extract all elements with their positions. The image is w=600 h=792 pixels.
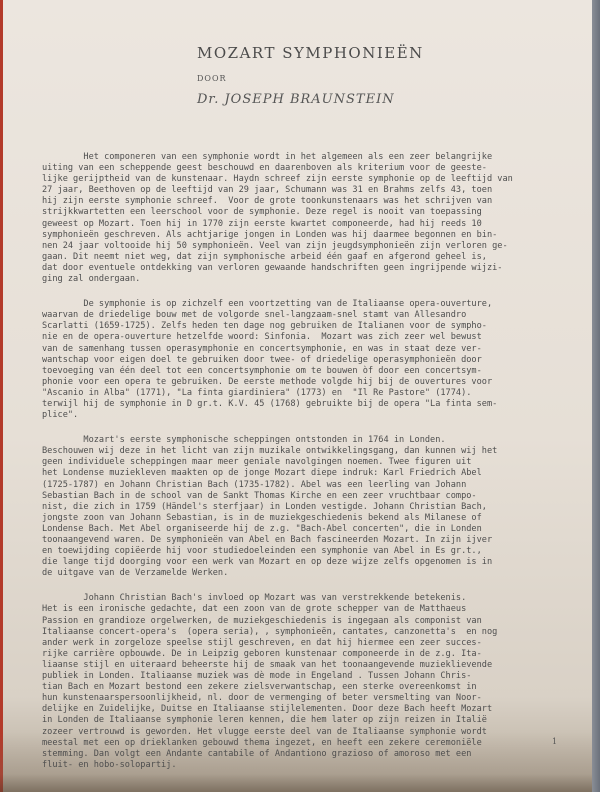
text-line: Sebastian Bach in de school van de Sankt… xyxy=(42,491,567,502)
text-line: Mozart's eerste symphonische scheppingen… xyxy=(42,435,567,446)
text-line: Italiaanse concert-opera's (opera seria)… xyxy=(42,627,567,638)
text-line: toonaangevend waren. De symphonieën van … xyxy=(42,535,567,546)
text-line: ging zal ondergaan. xyxy=(42,274,567,285)
text-line: symphonieën geschreven. Als achtjarige j… xyxy=(42,230,567,241)
document-body: Het componeren van een symphonie wordt i… xyxy=(42,152,567,785)
text-line: "Ascanio in Alba" (1771), "La finta giar… xyxy=(42,388,567,399)
text-line: stemming. Dan volgt een Andante cantabil… xyxy=(42,749,567,760)
text-line: lijke gerijptheid van de kunstenaar. Hay… xyxy=(42,174,567,185)
text-line: jongste zoon van Johann Sebastian, is in… xyxy=(42,513,567,524)
text-line: tian Bach en Mozart bestond een zekere z… xyxy=(42,682,567,693)
text-line: delijke en Zuidelijke, Duitse en Italiaa… xyxy=(42,704,567,715)
text-line: 27 jaar, Beethoven op de leeftijd van 29… xyxy=(42,185,567,196)
text-line: nie en de opera-ouverture hetzelfde woor… xyxy=(42,332,567,343)
text-line: hun kunstenaarspersoonlijkheid, nl. door… xyxy=(42,693,567,704)
text-line: phonie voor een opera te gebruiken. De e… xyxy=(42,377,567,388)
text-line: dat door eventuele ontdekking van verlor… xyxy=(42,263,567,274)
text-line: geen individuele scheppingen maar meer g… xyxy=(42,457,567,468)
text-line: zozeer vertrouwd is geworden. Het vlugge… xyxy=(42,727,567,738)
text-line: hij zijn eerste symphonie schreef. Voor … xyxy=(42,196,567,207)
byline: DOOR xyxy=(197,74,227,83)
text-line: die lange tijd doorging voor een werk va… xyxy=(42,557,567,568)
text-line: geweest op Mozart. Toen hij in 1770 zijn… xyxy=(42,219,567,230)
paragraph: Het componeren van een symphonie wordt i… xyxy=(42,152,567,285)
page-edge-left xyxy=(0,0,3,792)
text-line: en toewijding copiëerde hij voor studied… xyxy=(42,546,567,557)
text-line: nist, die zich in 1759 (Händel's sterfja… xyxy=(42,502,567,513)
text-line: Scarlatti (1659-1725). Zelfs heden ten d… xyxy=(42,321,567,332)
text-line: uiting van een scheppende geest beschouw… xyxy=(42,163,567,174)
paragraph: De symphonie is op zichzelf een voortzet… xyxy=(42,299,567,421)
text-line: Londense Bach. Met Abel organiseerde hij… xyxy=(42,524,567,535)
page-number: 1 xyxy=(552,737,557,746)
text-line: strijkkwartetten een leerschool voor de … xyxy=(42,207,567,218)
text-line: waarvan de driedelige bouw met de volgor… xyxy=(42,310,567,321)
author-name: Dr. JOSEPH BRAUNSTEIN xyxy=(197,92,395,107)
text-line: het Londense muziekleven maakten op de j… xyxy=(42,468,567,479)
text-line: rijke carrière opbouwde. De in Leipzig g… xyxy=(42,649,567,660)
document-title: MOZART SYMPHONIEËN xyxy=(197,44,424,62)
text-line: publiek in Londen. Italiaanse muziek was… xyxy=(42,671,567,682)
page-edge-right xyxy=(592,0,600,792)
text-line: (1725-1787) en Johann Christian Bach (17… xyxy=(42,480,567,491)
text-line: Het is een ironische gedachte, dat een z… xyxy=(42,604,567,615)
text-line: nen 24 jaar voltooide hij 50 symphonieën… xyxy=(42,241,567,252)
text-line: Beschouwen wij deze in het licht van zij… xyxy=(42,446,567,457)
text-line: toevoeging van één deel tot een concerts… xyxy=(42,366,567,377)
text-line: van de samenhang tussen operasymphonie e… xyxy=(42,344,567,355)
text-line: gaan. Dit neemt niet weg, dat zijn symph… xyxy=(42,252,567,263)
text-line: ander werk in zorgeloze speelse stijl ge… xyxy=(42,638,567,649)
text-line: Het componeren van een symphonie wordt i… xyxy=(42,152,567,163)
text-line: plice". xyxy=(42,410,567,421)
text-line: in Londen de Italiaanse symphonie leren … xyxy=(42,715,567,726)
text-line: fluit- en hobo-solopartij. xyxy=(42,760,567,771)
text-line: Passion en grandioze orgelwerken, de muz… xyxy=(42,616,567,627)
paragraph: Johann Christian Bach's invloed op Mozar… xyxy=(42,593,567,771)
text-line: terwijl hij de symphonie in D gr.t. K.V.… xyxy=(42,399,567,410)
paragraph: Mozart's eerste symphonische scheppingen… xyxy=(42,435,567,579)
text-line: Johann Christian Bach's invloed op Mozar… xyxy=(42,593,567,604)
text-line: liaanse stijl en uiteraard beheerste hij… xyxy=(42,660,567,671)
text-line: de uitgave van de Verzamelde Werken. xyxy=(42,568,567,579)
text-line: De symphonie is op zichzelf een voortzet… xyxy=(42,299,567,310)
text-line: wantschap voor eigen doel te gebruiken d… xyxy=(42,355,567,366)
text-line: meestal met een op drieklanken gebouwd t… xyxy=(42,738,567,749)
